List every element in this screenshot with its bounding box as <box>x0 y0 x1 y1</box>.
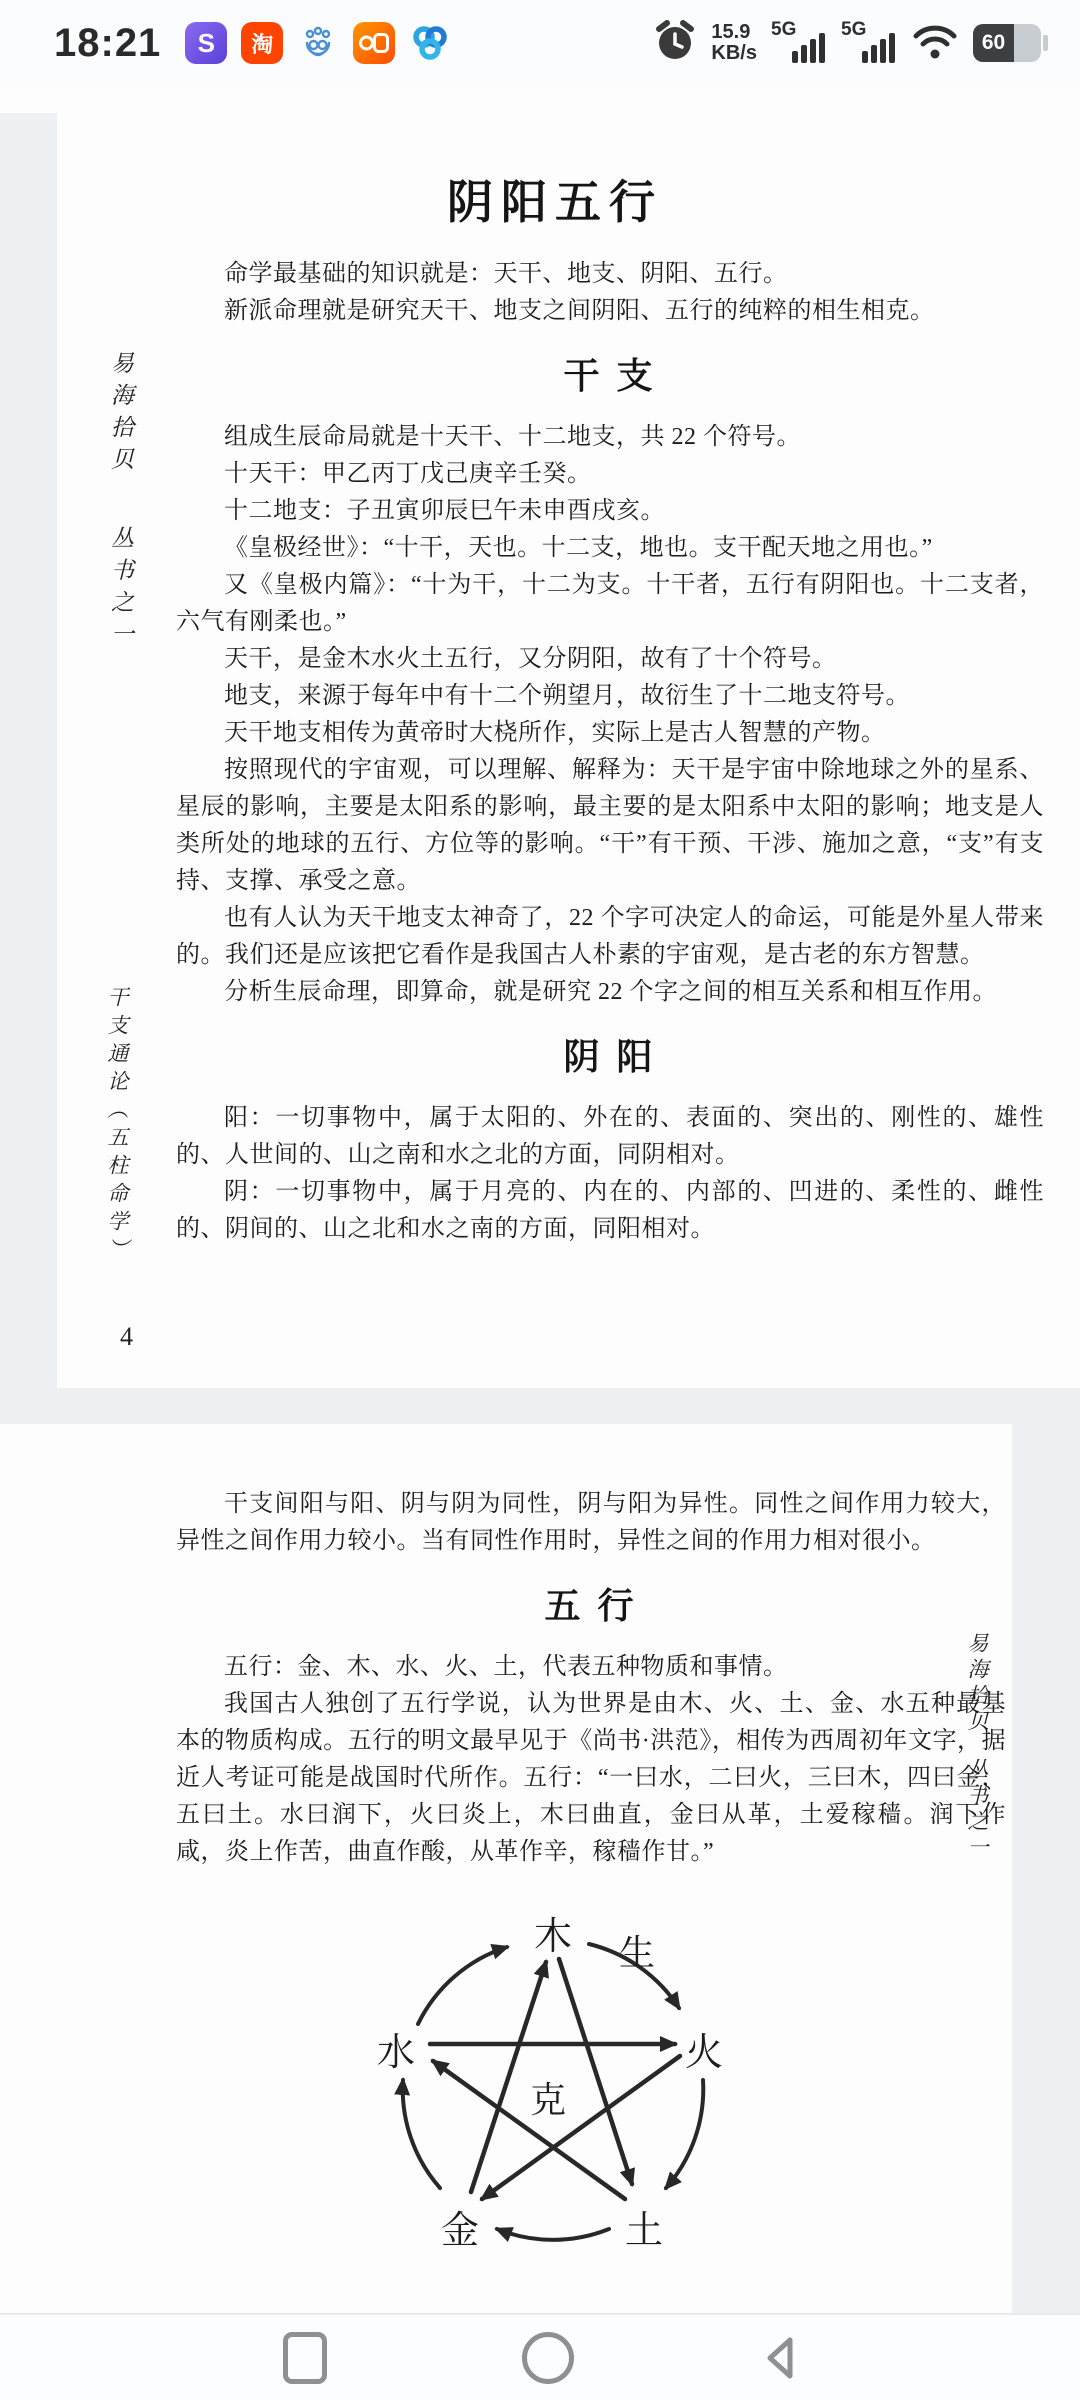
book-page-4: 阴阳五行 易海拾贝 丛书之一 干支通论（五柱命学） 命学最基础的知识就是：天干、… <box>0 86 1080 1388</box>
sim2-signal-bars-icon <box>862 33 895 63</box>
chapter-title: 阴阳五行 <box>100 166 1010 232</box>
status-left: 18:21 S 淘 <box>0 21 451 66</box>
kuaishou-icon <box>353 22 395 64</box>
paragraph: 天干，是金木水火土五行，又分阴阳，故有了十个符号。 <box>176 641 1044 678</box>
sim2-signal: 5G <box>841 19 897 67</box>
paragraph: 天干地支相传为黄帝时大桡所作，实际上是古人智慧的产物。 <box>176 715 1044 752</box>
back-button[interactable] <box>761 2334 801 2382</box>
paragraph: 新派命理就是研究天干、地支之间阴阳、五行的纯粹的相生相克。 <box>176 293 1044 330</box>
battery-body: 60 <box>973 24 1041 62</box>
overcoming-cycle-lines <box>430 1959 680 2199</box>
soul-app-icon: S <box>185 22 227 64</box>
battery-cap <box>1043 35 1048 51</box>
status-right: 15.9 KB/s 5G 5G <box>653 19 1080 68</box>
element-water: 水 <box>377 2032 415 2074</box>
paragraph: 组成生辰命局就是十天干、十二地支，共 22 个符号。 <box>176 419 1044 456</box>
sim1-signal: 5G <box>771 19 827 67</box>
back-icon <box>761 2334 801 2382</box>
paragraph: 阳：一切事物中，属于太阳的、外在的、表面的、突出的、刚性的、雄性的、人世间的、山… <box>176 1100 1044 1174</box>
home-button[interactable] <box>522 2332 574 2384</box>
clock-time: 18:21 <box>54 21 161 66</box>
paragraph: 又《皇极内篇》：“十为干，十二为支。十干者，五行有阴阳也。十二支者，六气有刚柔也… <box>176 567 1044 641</box>
paragraph: 十二地支：子丑寅卯辰巳午未申酉戌亥。 <box>176 493 1044 530</box>
rings-icon <box>409 22 451 64</box>
element-metal: 金 <box>441 2210 479 2252</box>
sim1-signal-bars-icon <box>792 33 825 63</box>
coder-face-icon <box>297 22 339 64</box>
taobao-icon: 淘 <box>241 22 283 64</box>
network-speed: 15.9 KB/s <box>711 22 757 64</box>
paragraph: 五行：金、木、水、火、土，代表五种物质和事情。 <box>176 1649 1006 1686</box>
element-earth: 土 <box>625 2210 663 2252</box>
paragraph: 地支，来源于每年中有十二个朔望月，故衍生了十二地支符号。 <box>176 678 1044 715</box>
section-heading-yinyang: 阴 阳 <box>176 1039 1044 1076</box>
wifi-icon <box>911 20 959 67</box>
alarm-clock-icon <box>653 19 697 68</box>
paragraph: 阴：一切事物中，属于月亮的、内在的、内部的、凹进的、柔性的、雌性的、阴间的、山之… <box>176 1174 1044 1248</box>
notification-icons: S 淘 <box>185 22 451 64</box>
section-heading-wuxing: 五 行 <box>176 1588 1006 1625</box>
label-overcome: 克 <box>530 2080 566 2120</box>
battery-percent: 60 <box>973 24 1014 62</box>
paragraph: 也有人认为天干地支太神奇了，22 个字可决定人的命运，可能是外星人带来的。我们还… <box>176 900 1044 974</box>
page5-body-text: 干支间阳与阳、阴与阴为同性，阴与阳为异性。同性之间作用力较大，异性之间作用力较小… <box>176 1486 1006 1871</box>
home-icon <box>522 2332 574 2384</box>
margin-book-title: 干支通论（五柱命学） <box>102 986 132 1266</box>
phone-screen: 18:21 S 淘 <box>0 0 1080 2400</box>
recents-icon <box>283 2332 327 2384</box>
margin-series-name: 易海拾贝 <box>104 351 137 479</box>
paragraph: 十天干：甲乙丙丁戊己庚辛壬癸。 <box>176 456 1044 493</box>
paragraph: 《皇极经世》：“十干，天也。十二支，地也。支干配天地之用也。” <box>176 530 1044 567</box>
element-fire: 火 <box>685 2032 723 2074</box>
network-speed-value: 15.9 <box>711 22 757 43</box>
page-right-margin-background <box>1012 1424 1080 2313</box>
page-number: 4 <box>120 1322 133 1352</box>
paragraph: 分析生辰命理，即算命，就是研究 22 个字之间的相互关系和相互作用。 <box>176 974 1044 1011</box>
paragraph: 按照现代的宇宙观，可以理解、解释为：天干是宇宙中除地球之外的星系、星辰的影响，主… <box>176 752 1044 900</box>
page4-body-text: 命学最基础的知识就是：天干、地支、阴阳、五行。 新派命理就是研究天干、地支之间阴… <box>176 256 1044 1248</box>
margin-series-volume: 丛书之一 <box>104 526 137 654</box>
page-left-margin-background <box>0 113 57 1388</box>
book-page-5: 易海拾贝 丛书之一 干支间阳与阳、阴与阴为同性，阴与阳为异性。同性之间作用力较大… <box>0 1424 1080 2313</box>
status-bar: 18:21 S 淘 <box>0 0 1080 86</box>
battery-indicator: 60 <box>973 24 1048 62</box>
paragraph: 命学最基础的知识就是：天干、地支、阴阳、五行。 <box>176 256 1044 293</box>
paragraph: 干支间阳与阳、阴与阴为同性，阴与阳为异性。同性之间作用力较大，异性之间作用力较小… <box>176 1486 1006 1560</box>
element-wood: 木 <box>534 1916 572 1958</box>
paragraph: 我国古人独创了五行学说，认为世界是由木、火、土、金、水五种最基本的物质构成。五行… <box>176 1686 1006 1871</box>
recents-button[interactable] <box>283 2332 327 2384</box>
android-nav-bar <box>0 2313 1080 2400</box>
network-speed-unit: KB/s <box>711 43 757 64</box>
wuxing-cycle-diagram: 木 火 土 金 水 生 克 <box>292 1879 812 2304</box>
section-heading-ganzhi: 干 支 <box>176 358 1044 395</box>
label-generate: 生 <box>619 1933 655 1973</box>
